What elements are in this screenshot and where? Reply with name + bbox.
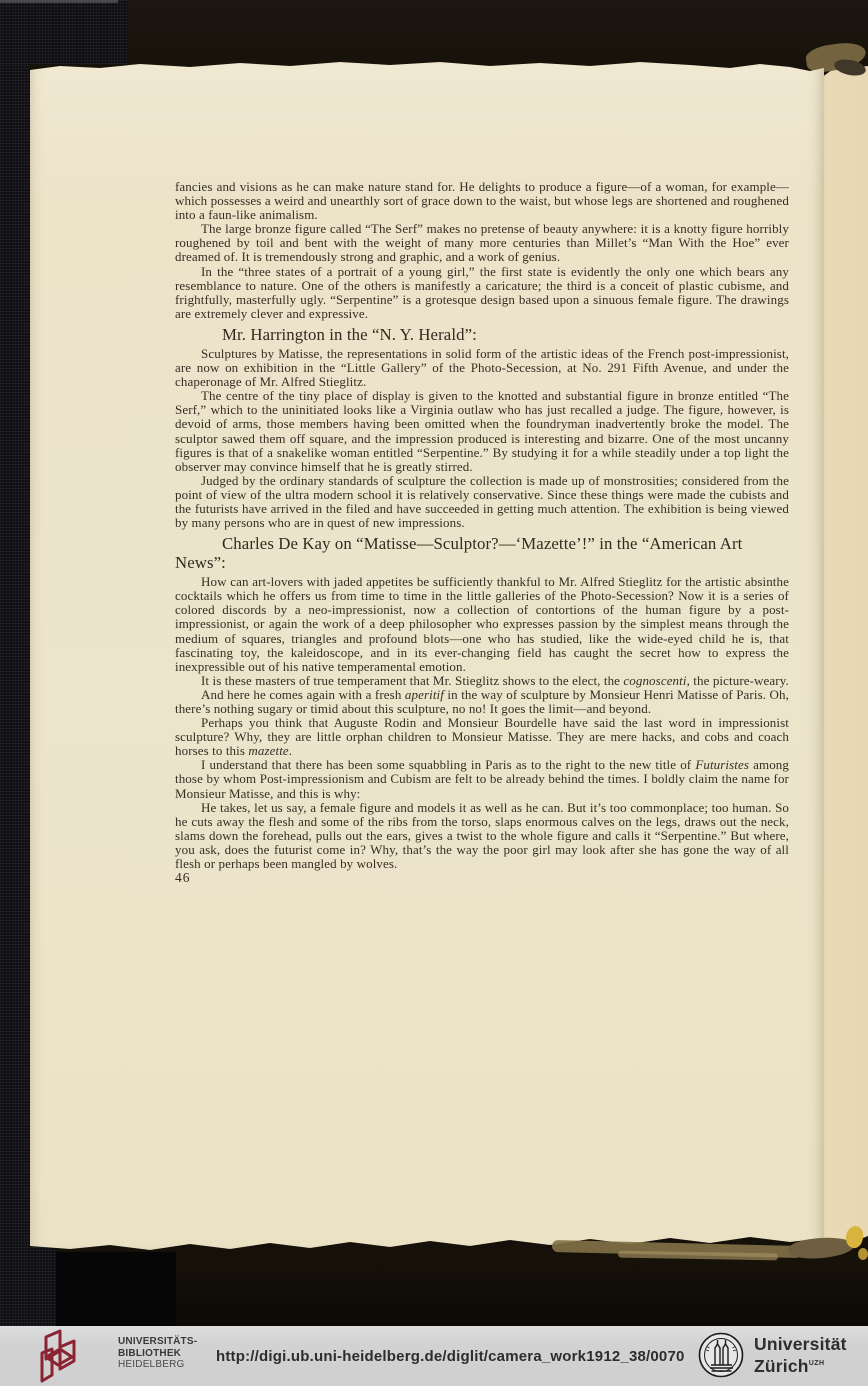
section-heading: Charles De Kay on “Matisse—Sculptor?—‘Ma…: [175, 534, 789, 572]
library-name-line: HEIDELBERG: [118, 1359, 197, 1371]
paragraph: Judged by the ordinary standards of scul…: [175, 474, 789, 530]
gilded-edge-fleck: [858, 1248, 868, 1260]
uzh-name-line2: ZürichUZH: [754, 1354, 847, 1376]
digitization-footer-bar: UNIVERSITÄTS- BIBLIOTHEK HEIDELBERG http…: [0, 1326, 868, 1386]
library-name-line: BIBLIOTHEK: [118, 1348, 197, 1360]
paragraph: The large bronze figure called “The Serf…: [175, 222, 789, 264]
page-edge-streak: [618, 1251, 778, 1261]
binding-cloth-left: [0, 0, 30, 1326]
page-text: fancies and visions as he can make natur…: [175, 180, 789, 885]
uzh-name: Universität ZürichUZH: [754, 1334, 847, 1376]
heidelberg-library-name: UNIVERSITÄTS- BIBLIOTHEK HEIDELBERG: [118, 1336, 197, 1371]
paragraph: How can art-lovers with jaded appetites …: [175, 575, 789, 674]
library-name-line: UNIVERSITÄTS-: [118, 1336, 197, 1348]
paragraph: He takes, let us say, a female figure an…: [175, 801, 789, 871]
paragraph: Sculptures by Matisse, the representatio…: [175, 347, 789, 389]
binding-cloth-top-left: [0, 0, 128, 64]
paragraph: I understand that there has been some sq…: [175, 758, 789, 800]
underlying-page-edge: [818, 64, 868, 1244]
paragraph: The centre of the tiny place of display …: [175, 389, 789, 474]
paragraph: Perhaps you think that Auguste Rodin and…: [175, 716, 789, 758]
heidelberg-library-logo: [36, 1329, 112, 1383]
paragraph: fancies and visions as he can make natur…: [175, 180, 789, 222]
uzh-seal-logo: [698, 1332, 744, 1378]
section-heading: Mr. Harrington in the “N. Y. Herald”:: [175, 325, 789, 344]
digitization-url: http://digi.ub.uni-heidelberg.de/diglit/…: [216, 1326, 685, 1386]
scan-backdrop-shadow: [56, 1252, 176, 1326]
uzh-name-line1: Universität: [754, 1334, 847, 1354]
scan-edge-highlight: [0, 0, 118, 3]
paragraph: It is these masters of true temperament …: [175, 674, 789, 688]
paragraph: In the “three states of a portrait of a …: [175, 265, 789, 321]
uzh-brand: Universität ZürichUZH: [698, 1332, 847, 1378]
scan-viewer: fancies and visions as he can make natur…: [0, 0, 868, 1386]
book-page: fancies and visions as he can make natur…: [30, 58, 824, 1250]
page-number: 46: [175, 871, 789, 885]
paragraph: And here he comes again with a fresh ape…: [175, 688, 789, 716]
uzh-superscript: UZH: [809, 1360, 825, 1367]
